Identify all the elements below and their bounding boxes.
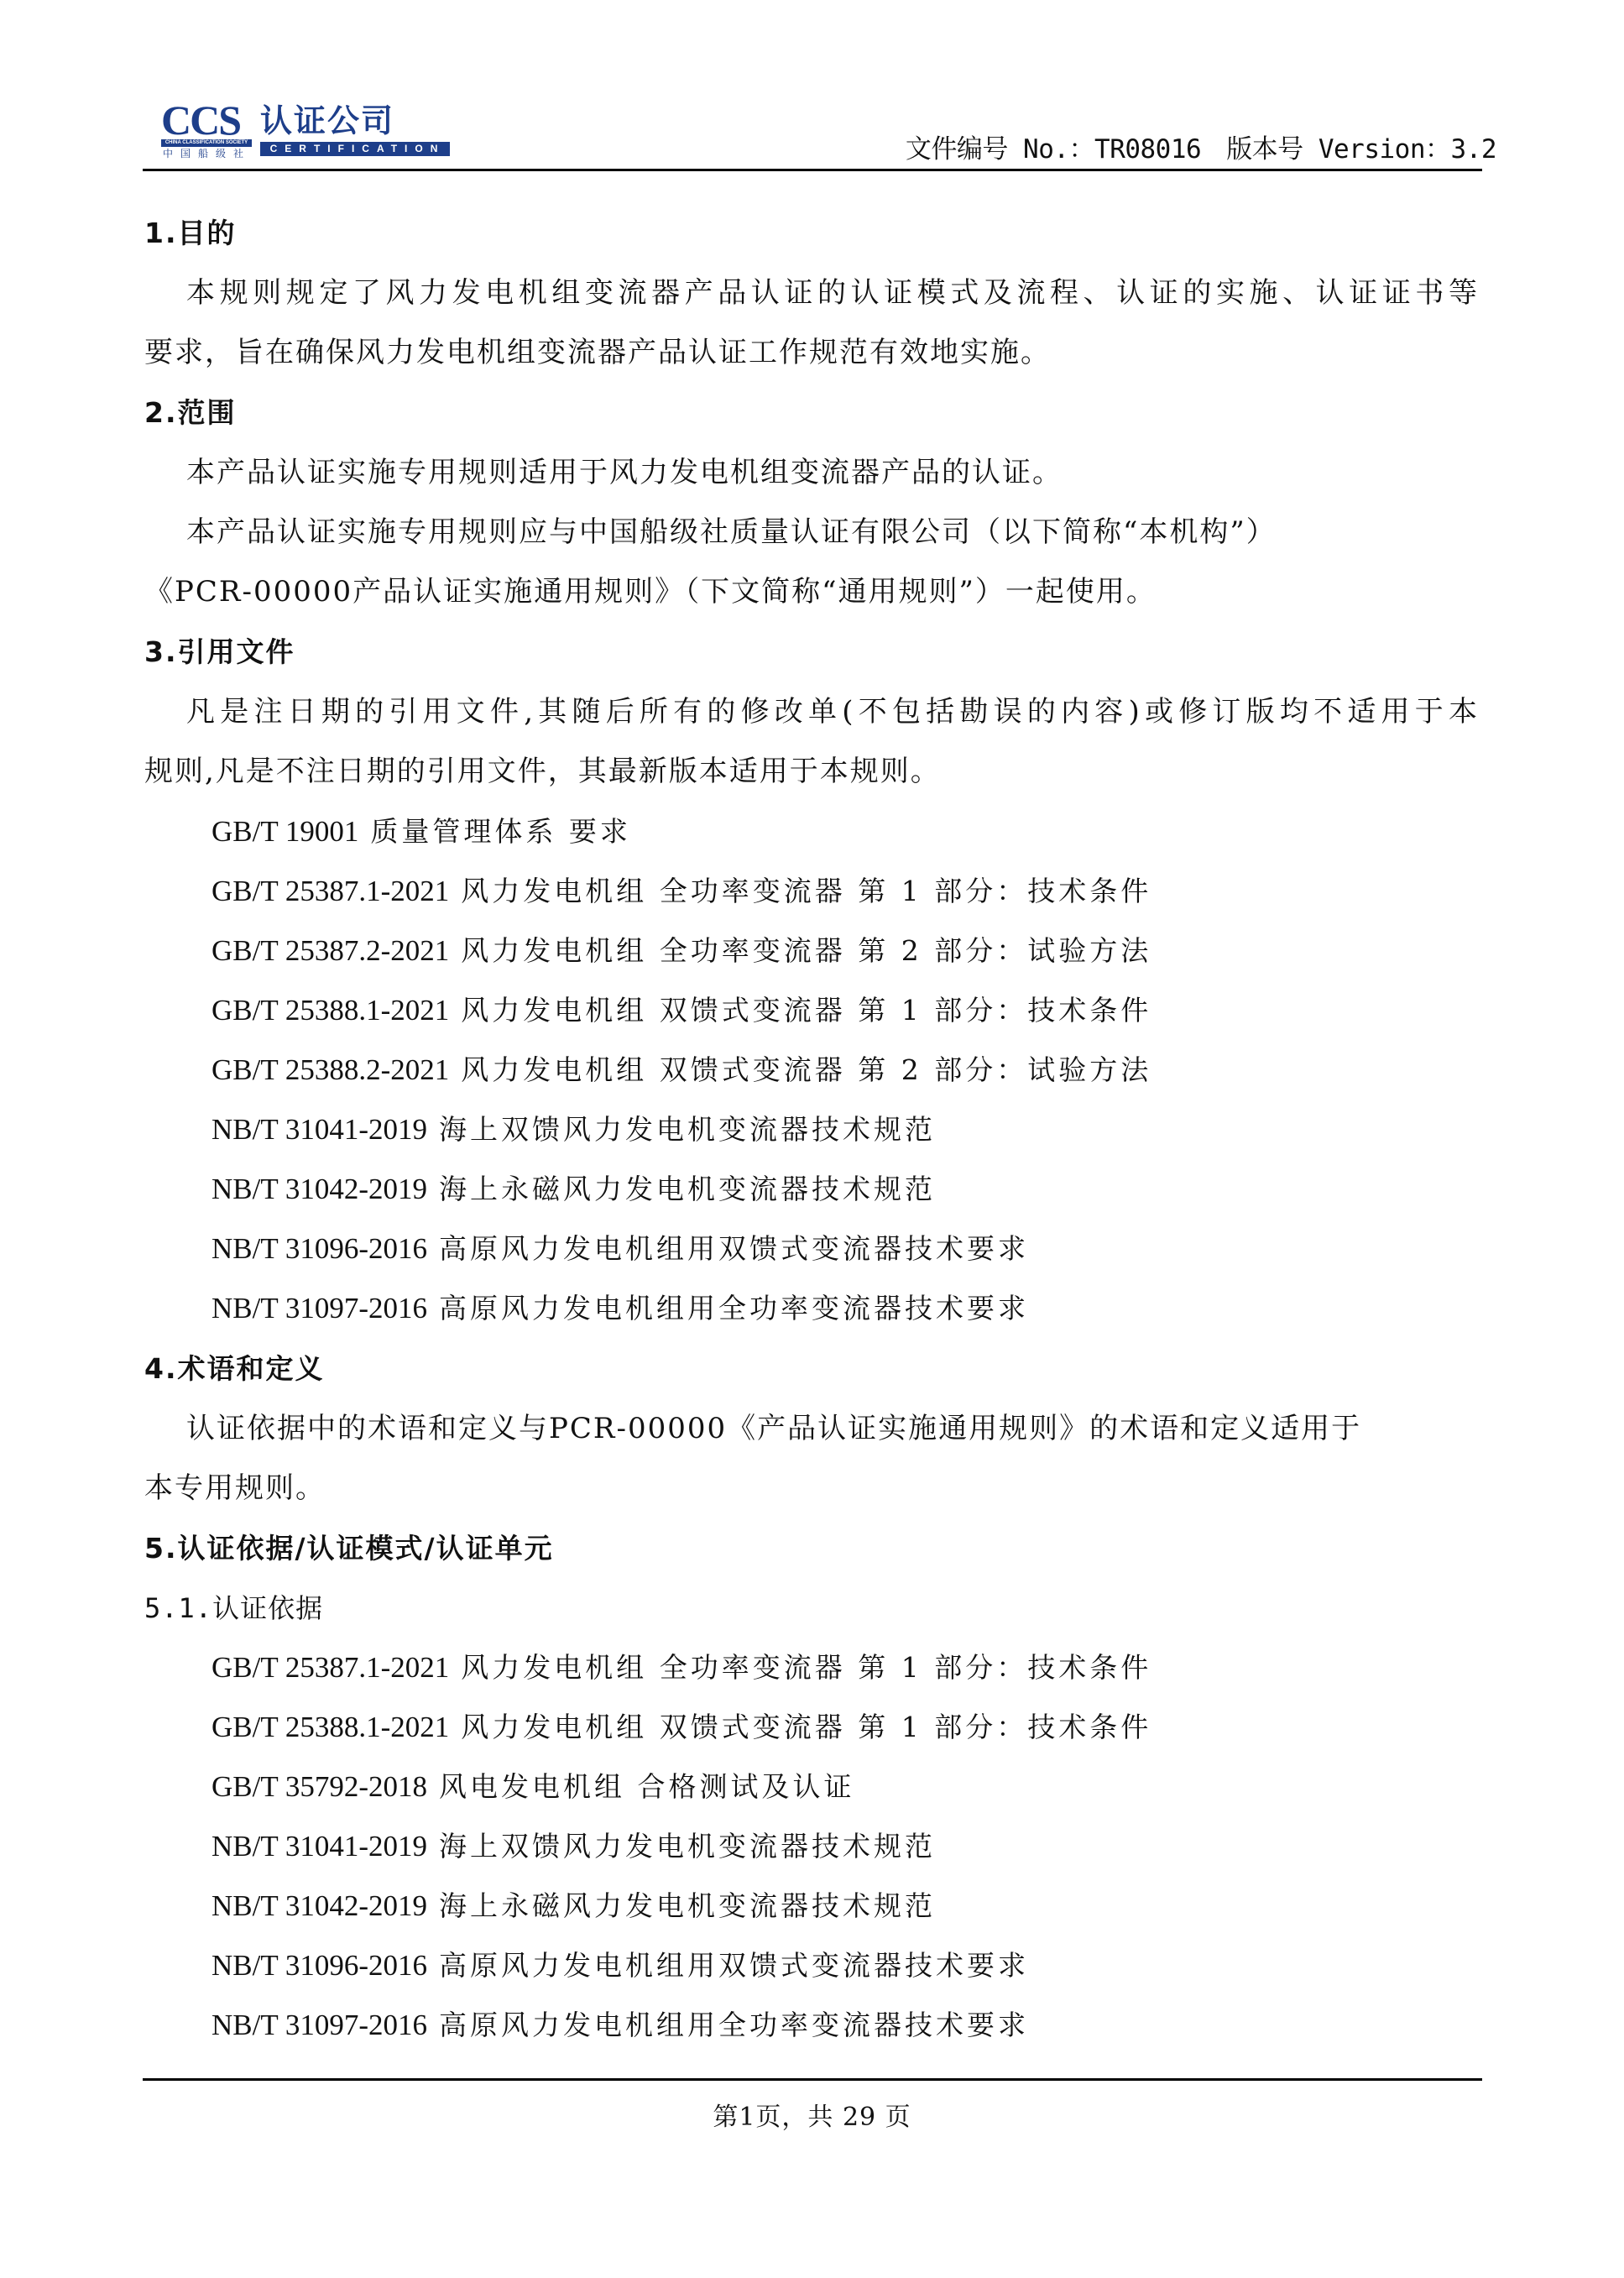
reference-item: GB/T 25388.1-2021风力发电机组 双馈式变流器 第 1 部分：技术…: [211, 994, 1151, 1027]
reference-item: NB/T 31097-2016高原风力发电机组用全功率变流器技术要求: [211, 1292, 1029, 1325]
logo-society-en: CHINA CLASSIFICATION SOCIETY: [161, 139, 252, 147]
reference-item: GB/T 19001质量管理体系 要求: [211, 815, 631, 849]
reference-title: 高原风力发电机组用全功率变流器技术要求: [439, 2009, 1029, 2041]
page-number: 第1页，共 29 页: [0, 2096, 1624, 2133]
reference-code: GB/T 25387.2-2021: [211, 934, 449, 967]
reference-item: NB/T 31096-2016高原风力发电机组用双馈式变流器技术要求: [211, 1949, 1029, 1983]
reference-code: GB/T 25387.1-2021: [211, 1651, 449, 1684]
reference-code: GB/T 35792-2018: [211, 1770, 427, 1803]
section-heading-purpose: 1.目的: [144, 217, 237, 250]
reference-item: GB/T 25388.1-2021风力发电机组 双馈式变流器 第 1 部分：技术…: [211, 1711, 1151, 1744]
paragraph-line: 本产品认证实施专用规则应与中国船级社质量认证有限公司（以下简称“本机构”）: [186, 515, 1277, 549]
reference-item: GB/T 25387.1-2021风力发电机组 全功率变流器 第 1 部分：技术…: [211, 875, 1151, 908]
paragraph-line: 《PCR-00000产品认证实施通用规则》（下文简称“通用规则”）一起使用。: [144, 575, 1157, 609]
reference-code: NB/T 31097-2016: [211, 2009, 427, 2041]
reference-item: GB/T 25388.2-2021风力发电机组 双馈式变流器 第 2 部分：试验…: [211, 1053, 1151, 1087]
section-heading-certification-basis-mode-unit: 5.认证依据/认证模式/认证单元: [144, 1532, 554, 1565]
reference-code: NB/T 31041-2019: [211, 1830, 427, 1863]
reference-code: NB/T 31097-2016: [211, 1292, 427, 1324]
reference-code: GB/T 25388.1-2021: [211, 994, 449, 1027]
reference-title: 风力发电机组 全功率变流器 第 2 部分：试验方法: [461, 934, 1151, 967]
subsection-heading-certification-basis: 5.1.认证依据: [144, 1591, 323, 1625]
reference-item: GB/T 35792-2018风电发电机组 合格测试及认证: [211, 1770, 855, 1804]
paragraph-line: 本规则规定了风力发电机组变流器产品认证的认证模式及流程、认证的实施、认证证书等: [186, 276, 1479, 310]
paragraph-line: 要求，旨在确保风力发电机组变流器产品认证工作规范有效地实施。: [144, 336, 1051, 369]
reference-title: 风力发电机组 全功率变流器 第 1 部分：技术条件: [461, 1651, 1151, 1684]
reference-code: GB/T 19001: [211, 815, 358, 848]
ccs-certification-logo: CCS CHINA CLASSIFICATION SOCIETY 中国船级社 认…: [161, 104, 451, 161]
reference-item: NB/T 31041-2019海上双馈风力发电机变流器技术规范: [211, 1830, 936, 1863]
logo-certification: CERTIFICATION: [260, 142, 450, 156]
paragraph-line: 规则,凡是不注日期的引用文件，其最新版本适用于本规则。: [144, 755, 941, 788]
paragraph-line: 凡是注日期的引用文件,其随后所有的修改单(不包括勘误的内容)或修订版均不适用于本: [186, 695, 1479, 729]
version-number: 3.2: [1451, 134, 1497, 165]
document-meta: 文件编号 No.：TR08016版本号 Version：3.2: [906, 128, 1496, 165]
reference-item: GB/T 25387.1-2021风力发电机组 全功率变流器 第 1 部分：技术…: [211, 1651, 1151, 1685]
reference-code: NB/T 31042-2019: [211, 1889, 427, 1922]
header-divider: [143, 169, 1482, 171]
section-heading-scope: 2.范围: [144, 396, 237, 430]
reference-title: 海上永磁风力发电机变流器技术规范: [439, 1889, 936, 1922]
footer-divider: [143, 2078, 1482, 2081]
section-heading-references: 3.引用文件: [144, 635, 295, 669]
reference-title: 高原风力发电机组用全功率变流器技术要求: [439, 1292, 1029, 1324]
reference-title: 风力发电机组 全功率变流器 第 1 部分：技术条件: [461, 875, 1151, 907]
document-page: CCS CHINA CLASSIFICATION SOCIETY 中国船级社 认…: [0, 0, 1624, 2278]
doc-number-label: 文件编号 No.：: [906, 134, 1094, 165]
reference-item: NB/T 31096-2016高原风力发电机组用双馈式变流器技术要求: [211, 1232, 1029, 1266]
reference-code: GB/T 25388.1-2021: [211, 1711, 449, 1743]
logo-society-cn: 中国船级社: [163, 148, 251, 159]
doc-number: TR08016: [1094, 134, 1201, 165]
reference-title: 风力发电机组 双馈式变流器 第 2 部分：试验方法: [461, 1053, 1151, 1086]
reference-title: 海上双馈风力发电机变流器技术规范: [439, 1113, 936, 1146]
reference-title: 高原风力发电机组用双馈式变流器技术要求: [439, 1949, 1029, 1982]
reference-item: GB/T 25387.2-2021风力发电机组 全功率变流器 第 2 部分：试验…: [211, 934, 1151, 968]
reference-item: NB/T 31097-2016高原风力发电机组用全功率变流器技术要求: [211, 2009, 1029, 2042]
reference-item: NB/T 31041-2019海上双馈风力发电机变流器技术规范: [211, 1113, 936, 1147]
reference-code: NB/T 31041-2019: [211, 1113, 427, 1146]
reference-item: NB/T 31042-2019海上永磁风力发电机变流器技术规范: [211, 1173, 936, 1206]
reference-code: NB/T 31096-2016: [211, 1232, 427, 1265]
reference-code: NB/T 31042-2019: [211, 1173, 427, 1205]
reference-code: NB/T 31096-2016: [211, 1949, 427, 1982]
reference-title: 风力发电机组 双馈式变流器 第 1 部分：技术条件: [461, 1711, 1151, 1743]
reference-item: NB/T 31042-2019海上永磁风力发电机变流器技术规范: [211, 1889, 936, 1923]
reference-title: 海上永磁风力发电机变流器技术规范: [439, 1173, 936, 1205]
reference-title: 质量管理体系 要求: [370, 815, 631, 848]
reference-title: 风力发电机组 双馈式变流器 第 1 部分：技术条件: [461, 994, 1151, 1027]
reference-title: 高原风力发电机组用双馈式变流器技术要求: [439, 1232, 1029, 1265]
logo-company-cn: 认证公司: [260, 104, 394, 138]
reference-code: GB/T 25388.2-2021: [211, 1053, 449, 1086]
version-label: 版本号 Version：: [1226, 134, 1450, 165]
logo-ccs-letters: CCS: [161, 99, 240, 141]
paragraph-line: 认证依据中的术语和定义与PCR-00000《产品认证实施通用规则》的术语和定义适…: [186, 1412, 1361, 1445]
reference-title: 风电发电机组 合格测试及认证: [439, 1770, 855, 1803]
section-heading-terms: 4.术语和定义: [144, 1352, 325, 1386]
reference-code: GB/T 25387.1-2021: [211, 875, 449, 907]
reference-title: 海上双馈风力发电机变流器技术规范: [439, 1830, 936, 1863]
paragraph-line: 本产品认证实施专用规则适用于风力发电机组变流器产品的认证。: [186, 456, 1063, 489]
paragraph-line: 本专用规则。: [144, 1471, 326, 1505]
